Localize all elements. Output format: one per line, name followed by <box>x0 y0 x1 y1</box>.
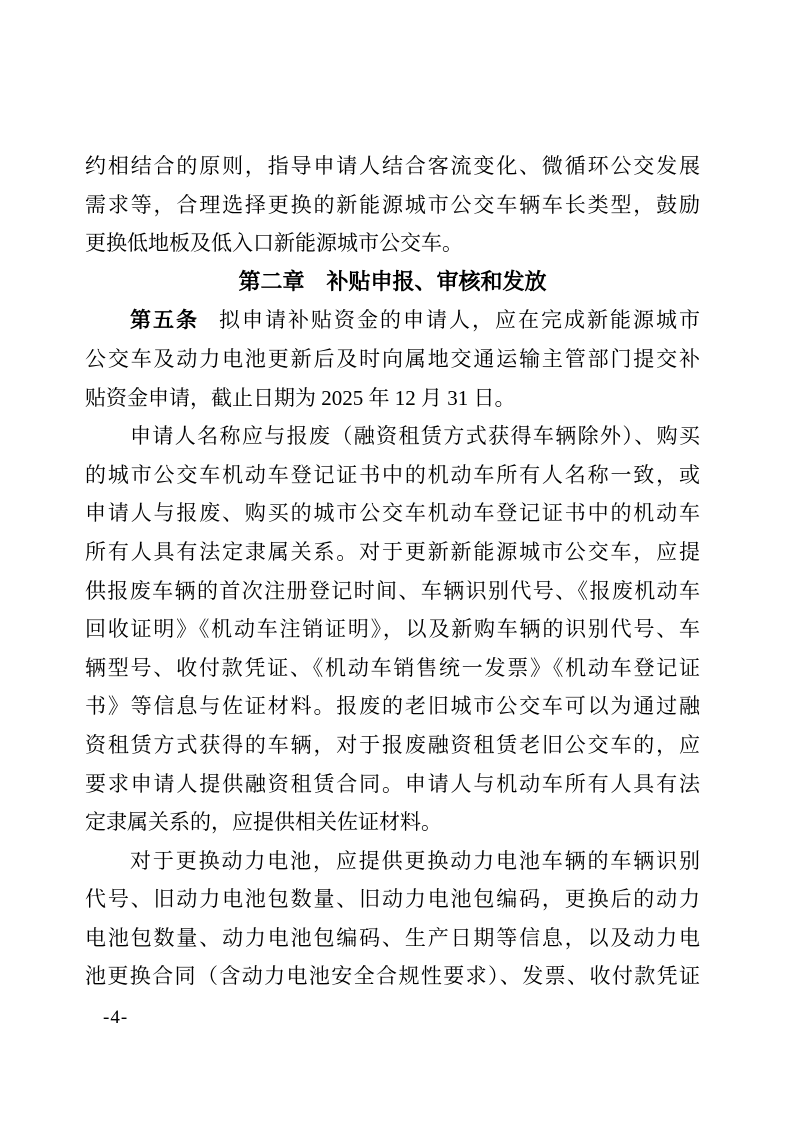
body-line: 辆型号、收付款凭证、《机动车销售统一发票》《机动车登记证 <box>85 649 700 688</box>
article-number-label: 第五条 <box>130 309 199 332</box>
body-line: 书》等信息与佐证材料。报废的老旧城市公交车可以为通过融 <box>85 687 700 726</box>
body-line: 池更换合同（含动力电池安全合规性要求）、发票、收付款凭证 <box>85 957 700 996</box>
body-line: 约相结合的原则，指导申请人结合客流变化、微循环公交发展 <box>85 147 700 186</box>
body-line: 申请人名称应与报废（融资租赁方式获得车辆除外）、购买 <box>85 417 700 456</box>
body-line: 申请人与报废、购买的城市公交车机动车登记证书中的机动车 <box>85 494 700 533</box>
body-line: 要求申请人提供融资租赁合同。申请人与机动车所有人具有法 <box>85 765 700 804</box>
body-line: 需求等，合理选择更换的新能源城市公交车辆车长类型，鼓励 <box>85 186 700 225</box>
line-text: 拟申请补贴资金的申请人，应在完成新能源城市 <box>219 308 700 332</box>
body-line: 回收证明》《机动车注销证明》，以及新购车辆的识别代号、车 <box>85 610 700 649</box>
body-line: 公交车及动力电池更新后及时向属地交通运输主管部门提交补 <box>85 340 700 379</box>
body-line: 对于更换动力电池，应提供更换动力电池车辆的车辆识别 <box>85 842 700 881</box>
body-line: 更换低地板及低入口新能源城市公交车。 <box>85 224 700 263</box>
body-line: 所有人具有法定隶属关系。对于更新新能源城市公交车，应提 <box>85 533 700 572</box>
document-page: 约相结合的原则，指导申请人结合客流变化、微循环公交发展 需求等，合理选择更换的新… <box>0 0 793 1122</box>
chapter-heading: 第二章 补贴申报、审核和发放 <box>85 263 700 302</box>
body-line: 的城市公交车机动车登记证书中的机动车所有人名称一致，或 <box>85 456 700 495</box>
body-line: 定隶属关系的，应提供相关佐证材料。 <box>85 803 700 842</box>
body-line: 代号、旧动力电池包数量、旧动力电池包编码，更换后的动力 <box>85 880 700 919</box>
body-line: 电池包数量、动力电池包编码、生产日期等信息，以及动力电 <box>85 919 700 958</box>
document-body: 约相结合的原则，指导申请人结合客流变化、微循环公交发展 需求等，合理选择更换的新… <box>85 147 700 996</box>
body-line: 贴资金申请，截止日期为 2025 年 12 月 31 日。 <box>85 379 700 418</box>
body-line: 第五条拟申请补贴资金的申请人，应在完成新能源城市 <box>85 301 700 340</box>
page-number: -4- <box>103 1005 128 1031</box>
body-line: 资租赁方式获得的车辆，对于报废融资租赁老旧公交车的，应 <box>85 726 700 765</box>
body-line: 供报废车辆的首次注册登记时间、车辆识别代号、《报废机动车 <box>85 572 700 611</box>
